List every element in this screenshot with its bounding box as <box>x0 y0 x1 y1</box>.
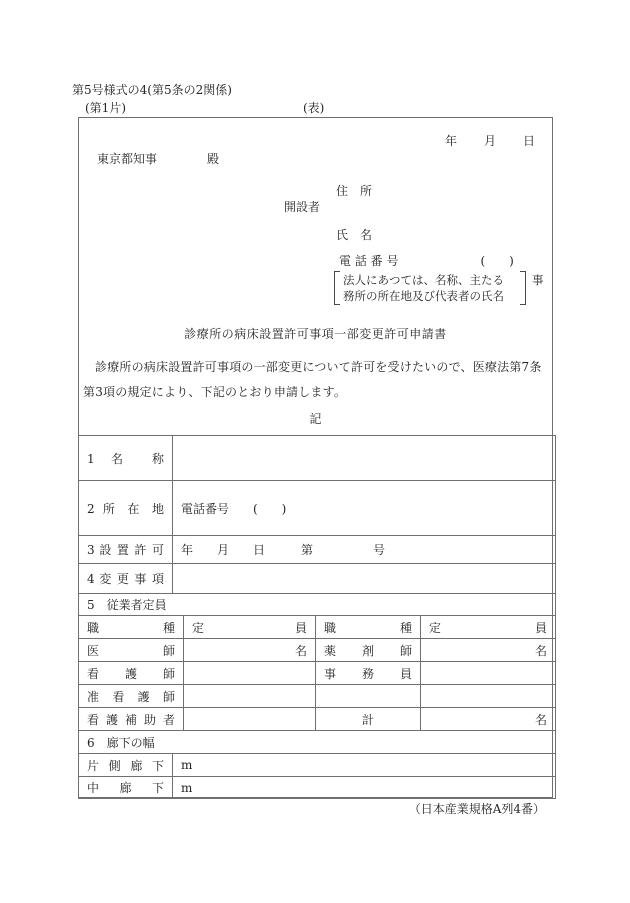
corporate-note-line1: 法人にあつては、名称、主たる <box>343 272 504 288</box>
staff-row-nursing-aide: 看 護 補 助 者 計 名 <box>79 708 556 731</box>
staff-empty-value <box>421 685 556 708</box>
table-row: 3 設 置 許 可 年 月 日 第 号 <box>79 536 556 564</box>
staff-row-assistant-nurse: 准 看 護 師 <box>79 685 556 708</box>
row4-change-label: 4 変 更 事 項 <box>79 564 173 594</box>
corridor-center-label: 中 廊 下 <box>79 777 173 799</box>
record-mark: 記 <box>79 410 552 427</box>
application-statement: 診療所の病床設置許可事項の一部変更について許可を受けたいので、医療法第7条第3項… <box>83 355 550 405</box>
row6-corridor-section-label: 6 廊下の幅 <box>79 731 556 754</box>
staff-nursing-aide-label: 看 護 補 助 者 <box>79 708 184 731</box>
bracket-right <box>520 271 526 305</box>
staff-assistant-nurse-label: 准 看 護 師 <box>79 685 184 708</box>
corporate-note-text: 法人にあつては、名称、主たる 務所の所在地及び代表者の氏名 <box>343 272 504 304</box>
phone-parens: ( ) <box>480 254 513 268</box>
staff-row-doctor: 医 師 名 薬 剤 師 名 <box>79 639 556 662</box>
table-row: 5 従業者定員 <box>79 594 556 616</box>
staff-header-capacity1: 定 員 <box>184 616 316 639</box>
side-label: (表) <box>303 99 324 116</box>
table-row: 6 廊下の幅 <box>79 731 556 754</box>
staff-total-unit: 名 <box>421 708 556 731</box>
staff-empty-label <box>316 685 421 708</box>
staff-doctor-unit: 名 <box>184 639 316 662</box>
row5-staff-section-label: 5 従業者定員 <box>79 594 556 616</box>
staff-row-nurse: 看 護 師 事 務 員 <box>79 662 556 685</box>
row2-location-label: 2 所 在 地 <box>79 481 173 536</box>
staff-clerk-value <box>421 662 556 685</box>
document-title: 診療所の病床設置許可事項一部変更許可申請書 <box>79 325 552 342</box>
corridor-single-side-label: 片 側 廊 下 <box>79 754 173 777</box>
corridor-row-single-side: 片 側 廊 下 m <box>79 754 556 777</box>
staff-header-job1: 職 種 <box>79 616 184 639</box>
staff-assistant-nurse-value <box>184 685 316 708</box>
row1-name-value <box>173 436 556 481</box>
staff-pharmacist-unit: 名 <box>421 639 556 662</box>
establisher-label: 開設者 <box>284 198 320 215</box>
date-line: 年 月 日 <box>79 132 552 149</box>
staff-total-label: 計 <box>316 708 421 731</box>
staff-header-capacity2: 定 員 <box>421 616 556 639</box>
table-row: 4 変 更 事 項 <box>79 564 556 594</box>
row3-permit-label: 3 設 置 許 可 <box>79 536 173 564</box>
corporate-note-outside: 事 <box>532 272 544 288</box>
staff-header-job2: 職 種 <box>316 616 421 639</box>
staff-nurse-label: 看 護 師 <box>79 662 184 685</box>
row3-permit-value: 年 月 日 第 号 <box>173 536 556 564</box>
form-number: 第5号様式の4(第5条の2関係) <box>72 81 232 98</box>
staff-doctor-label: 医 師 <box>79 639 184 662</box>
table-row: 1 名 称 <box>79 436 556 481</box>
row4-change-value <box>173 564 556 594</box>
form-page: 第5号様式の4(第5条の2関係) (第1片) (表) 年 月 日 東京都知事殿 … <box>0 0 630 903</box>
staff-header-row: 職 種 定 員 職 種 定 員 <box>79 616 556 639</box>
staff-nurse-value <box>184 662 316 685</box>
application-table: 1 名 称 2 所 在 地 電話番号 ( ) 3 設 置 許 可 年 月 日 第… <box>78 435 556 799</box>
corridor-single-side-unit: m <box>173 754 556 777</box>
row1-name-label: 1 名 称 <box>79 436 173 481</box>
addressee: 東京都知事 <box>97 152 157 166</box>
sheet-label: (第1片) <box>85 99 126 116</box>
name-label: 氏 名 <box>336 226 372 243</box>
corporate-note-line2: 務所の所在地及び代表者の氏名 <box>343 288 504 304</box>
address-label: 住 所 <box>336 182 372 199</box>
addressee-line: 東京都知事殿 <box>97 150 219 167</box>
bracket-left <box>334 271 340 305</box>
paper-standard-note: （日本産業規格A列4番） <box>78 800 545 817</box>
row2-location-value: 電話番号 ( ) <box>173 481 556 536</box>
corridor-center-unit: m <box>173 777 556 799</box>
corporate-note: 法人にあつては、名称、主たる 務所の所在地及び代表者の氏名 事 <box>334 271 526 305</box>
staff-clerk-label: 事 務 員 <box>316 662 421 685</box>
form-border-box: 年 月 日 東京都知事殿 住 所 開設者 氏 名 電 話 番 号( ) 法人にあ… <box>78 117 553 798</box>
phone-line: 電 話 番 号( ) <box>339 252 514 269</box>
phone-label: 電 話 番 号 <box>339 254 398 268</box>
table-row: 2 所 在 地 電話番号 ( ) <box>79 481 556 536</box>
corridor-row-center: 中 廊 下 m <box>79 777 556 799</box>
staff-pharmacist-label: 薬 剤 師 <box>316 639 421 662</box>
honorific: 殿 <box>207 152 219 166</box>
staff-nursing-aide-value <box>184 708 316 731</box>
